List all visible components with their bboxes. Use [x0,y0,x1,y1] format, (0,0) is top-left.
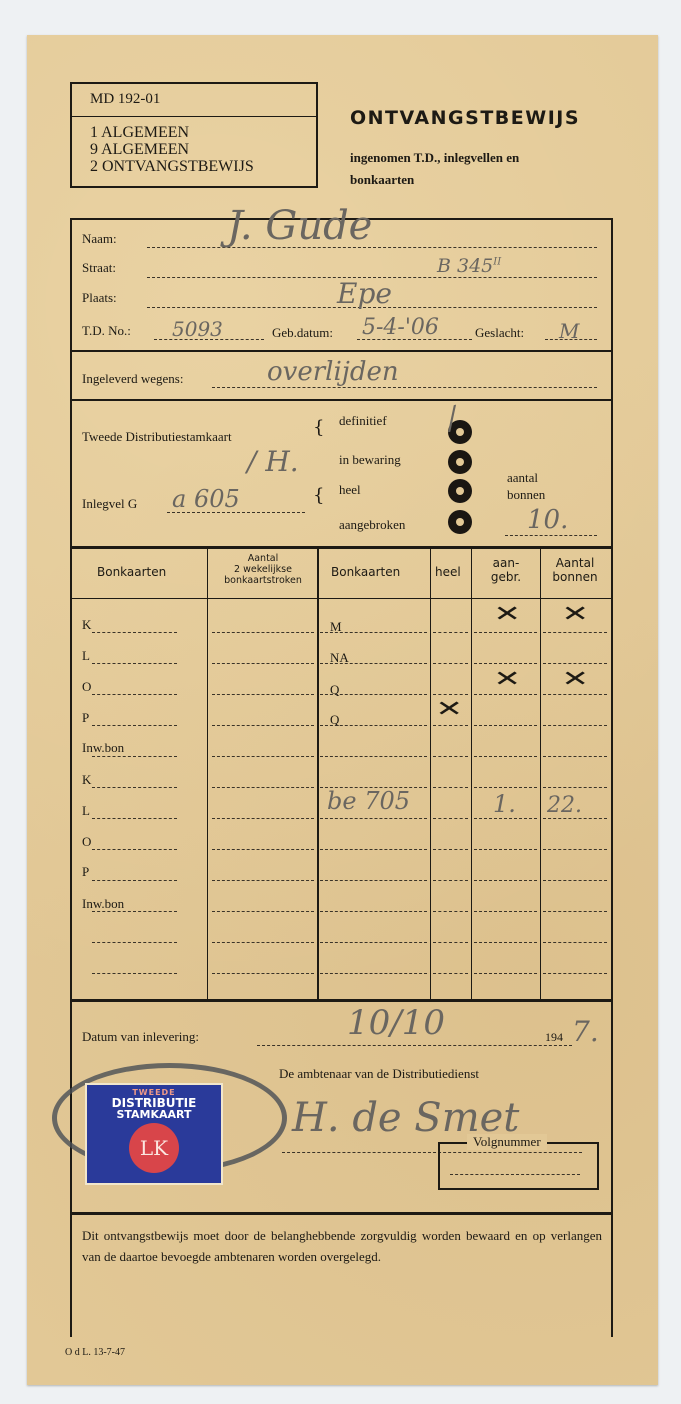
row-left-l: L [82,648,90,664]
option-definitief: definitief [339,413,387,429]
handwritten-aantal[interactable]: 22. [547,793,582,818]
receipt-paper: MD 192-01 1 ALGEMEEN 9 ALGEMEEN 2 ONTVAN… [27,35,658,1385]
stamp-monogram-badge: LK [129,1123,179,1173]
col-aantal-stroken: Aantal 2 wekelijkse bonkaartstroken [209,553,317,586]
document-subtitle-2: bonkaarten [350,172,414,188]
form-code-box: MD 192-01 1 ALGEMEEN 9 ALGEMEEN 2 ONTVAN… [70,82,318,188]
straat-value[interactable]: B 345II [437,255,501,277]
datum-label: Datum van inlevering: [82,1029,199,1045]
geslacht-value[interactable]: M [559,319,579,343]
row-left-k: K [82,617,91,633]
row-left-o2: O [82,834,91,850]
row-left-p: P [82,710,89,726]
datum-value[interactable]: 10/10 [347,1003,445,1043]
notice-text: Dit ontvangstbewijs moet door de belangh… [82,1225,602,1267]
plaats-label: Plaats: [82,290,117,306]
td-value[interactable]: 5093 [172,317,223,341]
punch-aangebroken-icon[interactable] [448,510,472,534]
row-left-o: O [82,679,91,695]
x-mark-q2-heel[interactable]: ✕ [435,700,463,720]
row-left-k2: K [82,772,91,788]
row-right-q1: Q [330,682,339,698]
punch-heel-icon[interactable] [448,479,472,503]
col6-line2: bonnen [541,570,609,584]
stamp-monogram: LK [140,1136,168,1160]
row-left-inwbon2: Inw.bon [82,896,124,912]
inlegvel-label: Inlegvel G [82,496,137,512]
row-left-p2: P [82,864,89,880]
naam-value[interactable]: J. Gude [227,203,372,249]
option-aangebroken: aangebroken [339,517,405,533]
x-mark-m-aangebr[interactable]: ✕ [493,605,521,625]
inlegvel-note: / H. [247,445,299,478]
datum-year-suffix[interactable]: 7. [572,1015,599,1048]
distribution-stamp: TWEEDE DISTRIBUTIE STAMKAART LK [85,1083,223,1185]
aantal-bonnen-value[interactable]: 10. [527,505,568,535]
naam-label: Naam: [82,231,117,247]
col6-line1: Aantal [541,556,609,570]
row-left-inwbon: Inw.bon [82,740,124,756]
aantal-bonnen-label-1: aantal [507,470,538,486]
aantal-bonnen-label-2: bonnen [507,487,545,503]
x-mark-m-aantal[interactable]: ✕ [561,605,589,625]
copy-1: 1 ALGEMEEN [90,124,189,141]
col-bonkaarten-right: Bonkaarten [331,565,400,579]
straat-label: Straat: [82,260,116,276]
plaats-value[interactable]: Epe [337,277,392,310]
handwritten-aangebr[interactable]: 1. [493,790,516,818]
stamp-line3: STAMKAART [87,1109,221,1120]
punch-in-bewaring-icon[interactable] [448,450,472,474]
form-code: MD 192-01 [90,91,160,108]
document-subtitle-1: ingenomen T.D., inlegvellen en [350,150,519,166]
document-title: ONTVANGSTBEWIJS [350,107,580,129]
x-mark-q1-aantal[interactable]: ✕ [561,670,589,690]
copy-2: 2 ONTVANGSTBEWIJS [90,158,254,175]
x-mark-q1-aangebr[interactable]: ✕ [493,670,521,690]
copy-9: 9 ALGEMEEN [90,141,189,158]
inlegvel-value[interactable]: a 605 [172,485,240,513]
col2-line1: Aantal [209,553,317,564]
ingeleverd-label: Ingeleverd wegens: [82,371,183,387]
straat-suffix: II [493,257,501,268]
col-heel: heel [435,565,461,579]
ingeleverd-value[interactable]: overlijden [267,357,399,387]
col-aantal-bonnen: Aantal bonnen [541,556,609,584]
straat-number: B 345 [437,255,493,277]
datum-year-prefix: 194 [545,1030,563,1045]
ambtenaar-label: De ambtenaar van de Distributiedienst [279,1066,479,1082]
option-in-bewaring: in bewaring [339,452,401,468]
geslacht-label: Geslacht: [475,325,524,341]
col2-line2: 2 wekelijkse [209,564,317,575]
volgnummer-label: Volgnummer [467,1134,547,1150]
col-bonkaarten-left: Bonkaarten [97,565,166,579]
col5-line1: aan- [472,556,540,570]
option-heel: heel [339,482,361,498]
geb-datum-label: Geb.datum: [272,325,333,341]
geb-datum-value[interactable]: 5-4-'06 [362,315,439,340]
col5-line2: gebr. [472,570,540,584]
row-left-l2: L [82,803,90,819]
col2-line3: bonkaartstroken [209,575,317,586]
td-label: T.D. No.: [82,323,131,339]
col-aangebr: aan- gebr. [472,556,540,584]
handwritten-bonkaart[interactable]: be 705 [327,787,410,815]
tweede-stamkaart-label: Tweede Distributiestamkaart [82,429,232,445]
print-code: O d L. 13-7-47 [65,1347,125,1358]
